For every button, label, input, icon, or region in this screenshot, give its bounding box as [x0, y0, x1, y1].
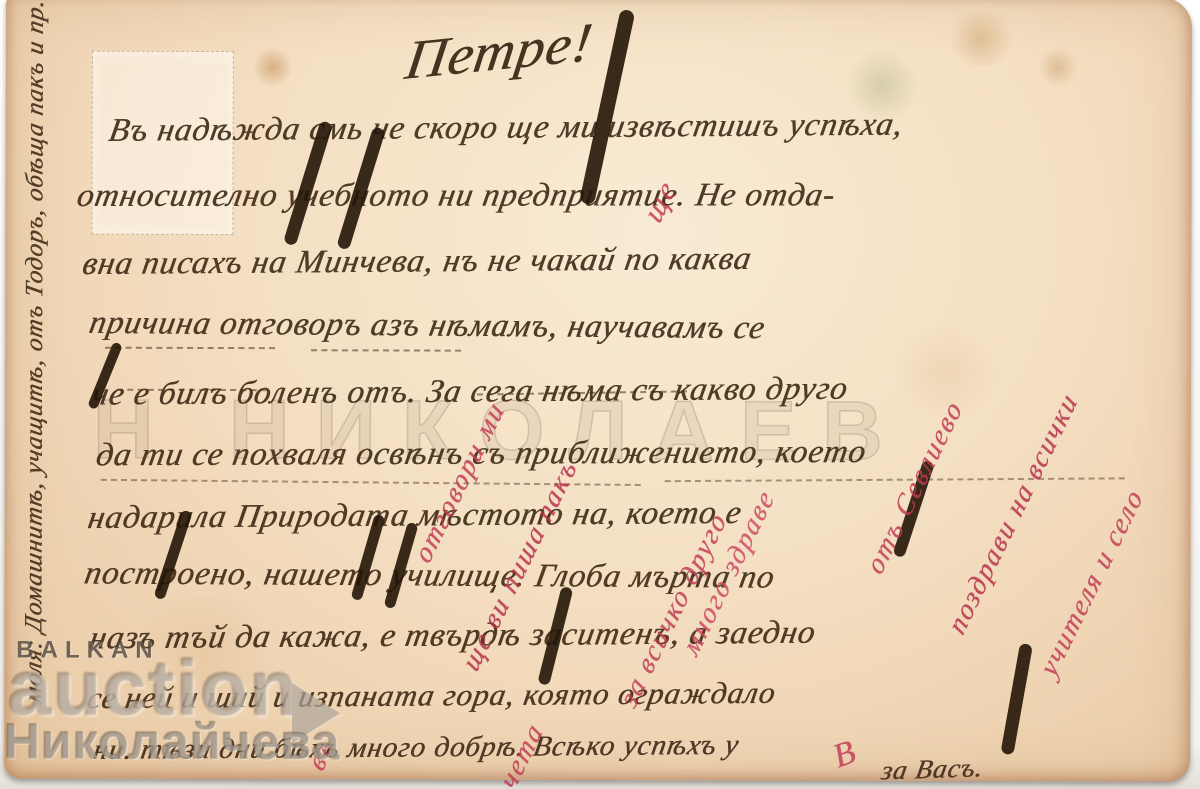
postcard: Н НИКОЛАЕВ Петре! Въ надѣжда смь че скор…: [4, 0, 1192, 782]
age-spot: [252, 47, 294, 87]
salutation: Петре!: [401, 11, 597, 93]
age-spot: [1036, 49, 1080, 85]
handwritten-line: вна писахъ на Минчева, нъ не чакай по ка…: [80, 241, 755, 283]
red-overlay-line: В: [828, 733, 862, 776]
ink-slash: [1000, 643, 1033, 756]
underline-mark: [311, 349, 461, 351]
handwritten-line: че е билъ боленъ отъ. За сега нѣма съ ка…: [89, 371, 851, 414]
red-overlay-line: учителя и село: [1034, 483, 1150, 684]
handwritten-line: причина отговоръ азъ нѣмамъ, научавамъ с…: [86, 305, 768, 347]
play-triangle-icon: [292, 683, 340, 743]
age-spot: [946, 11, 1016, 67]
handwritten-line: Въ надѣжда смь че скоро ще ми извѣстишъ …: [106, 107, 906, 150]
handwritten-line: ни. тѣзи дни бѣхъ много добрѣ. Всѣко усп…: [91, 729, 742, 767]
scanned-postcard-photo: { "letter": { "heading": "Петре!", "line…: [0, 0, 1200, 789]
underline-mark: [105, 347, 275, 349]
handwritten-line: се ней и ший и изпаната гора, която огра…: [85, 675, 779, 716]
underline-mark: [665, 477, 1125, 482]
signature: за Васъ.: [879, 752, 986, 786]
handwritten-line: относително учебното ни предприятие. Не …: [74, 177, 838, 215]
margin-note-vertical: моля: Домашнитѣ, учащитѣ, отъ Тодоръ, об…: [20, 0, 50, 705]
strike-mark: [117, 389, 267, 391]
red-overlay-line: отъ Севлиево: [861, 394, 970, 581]
